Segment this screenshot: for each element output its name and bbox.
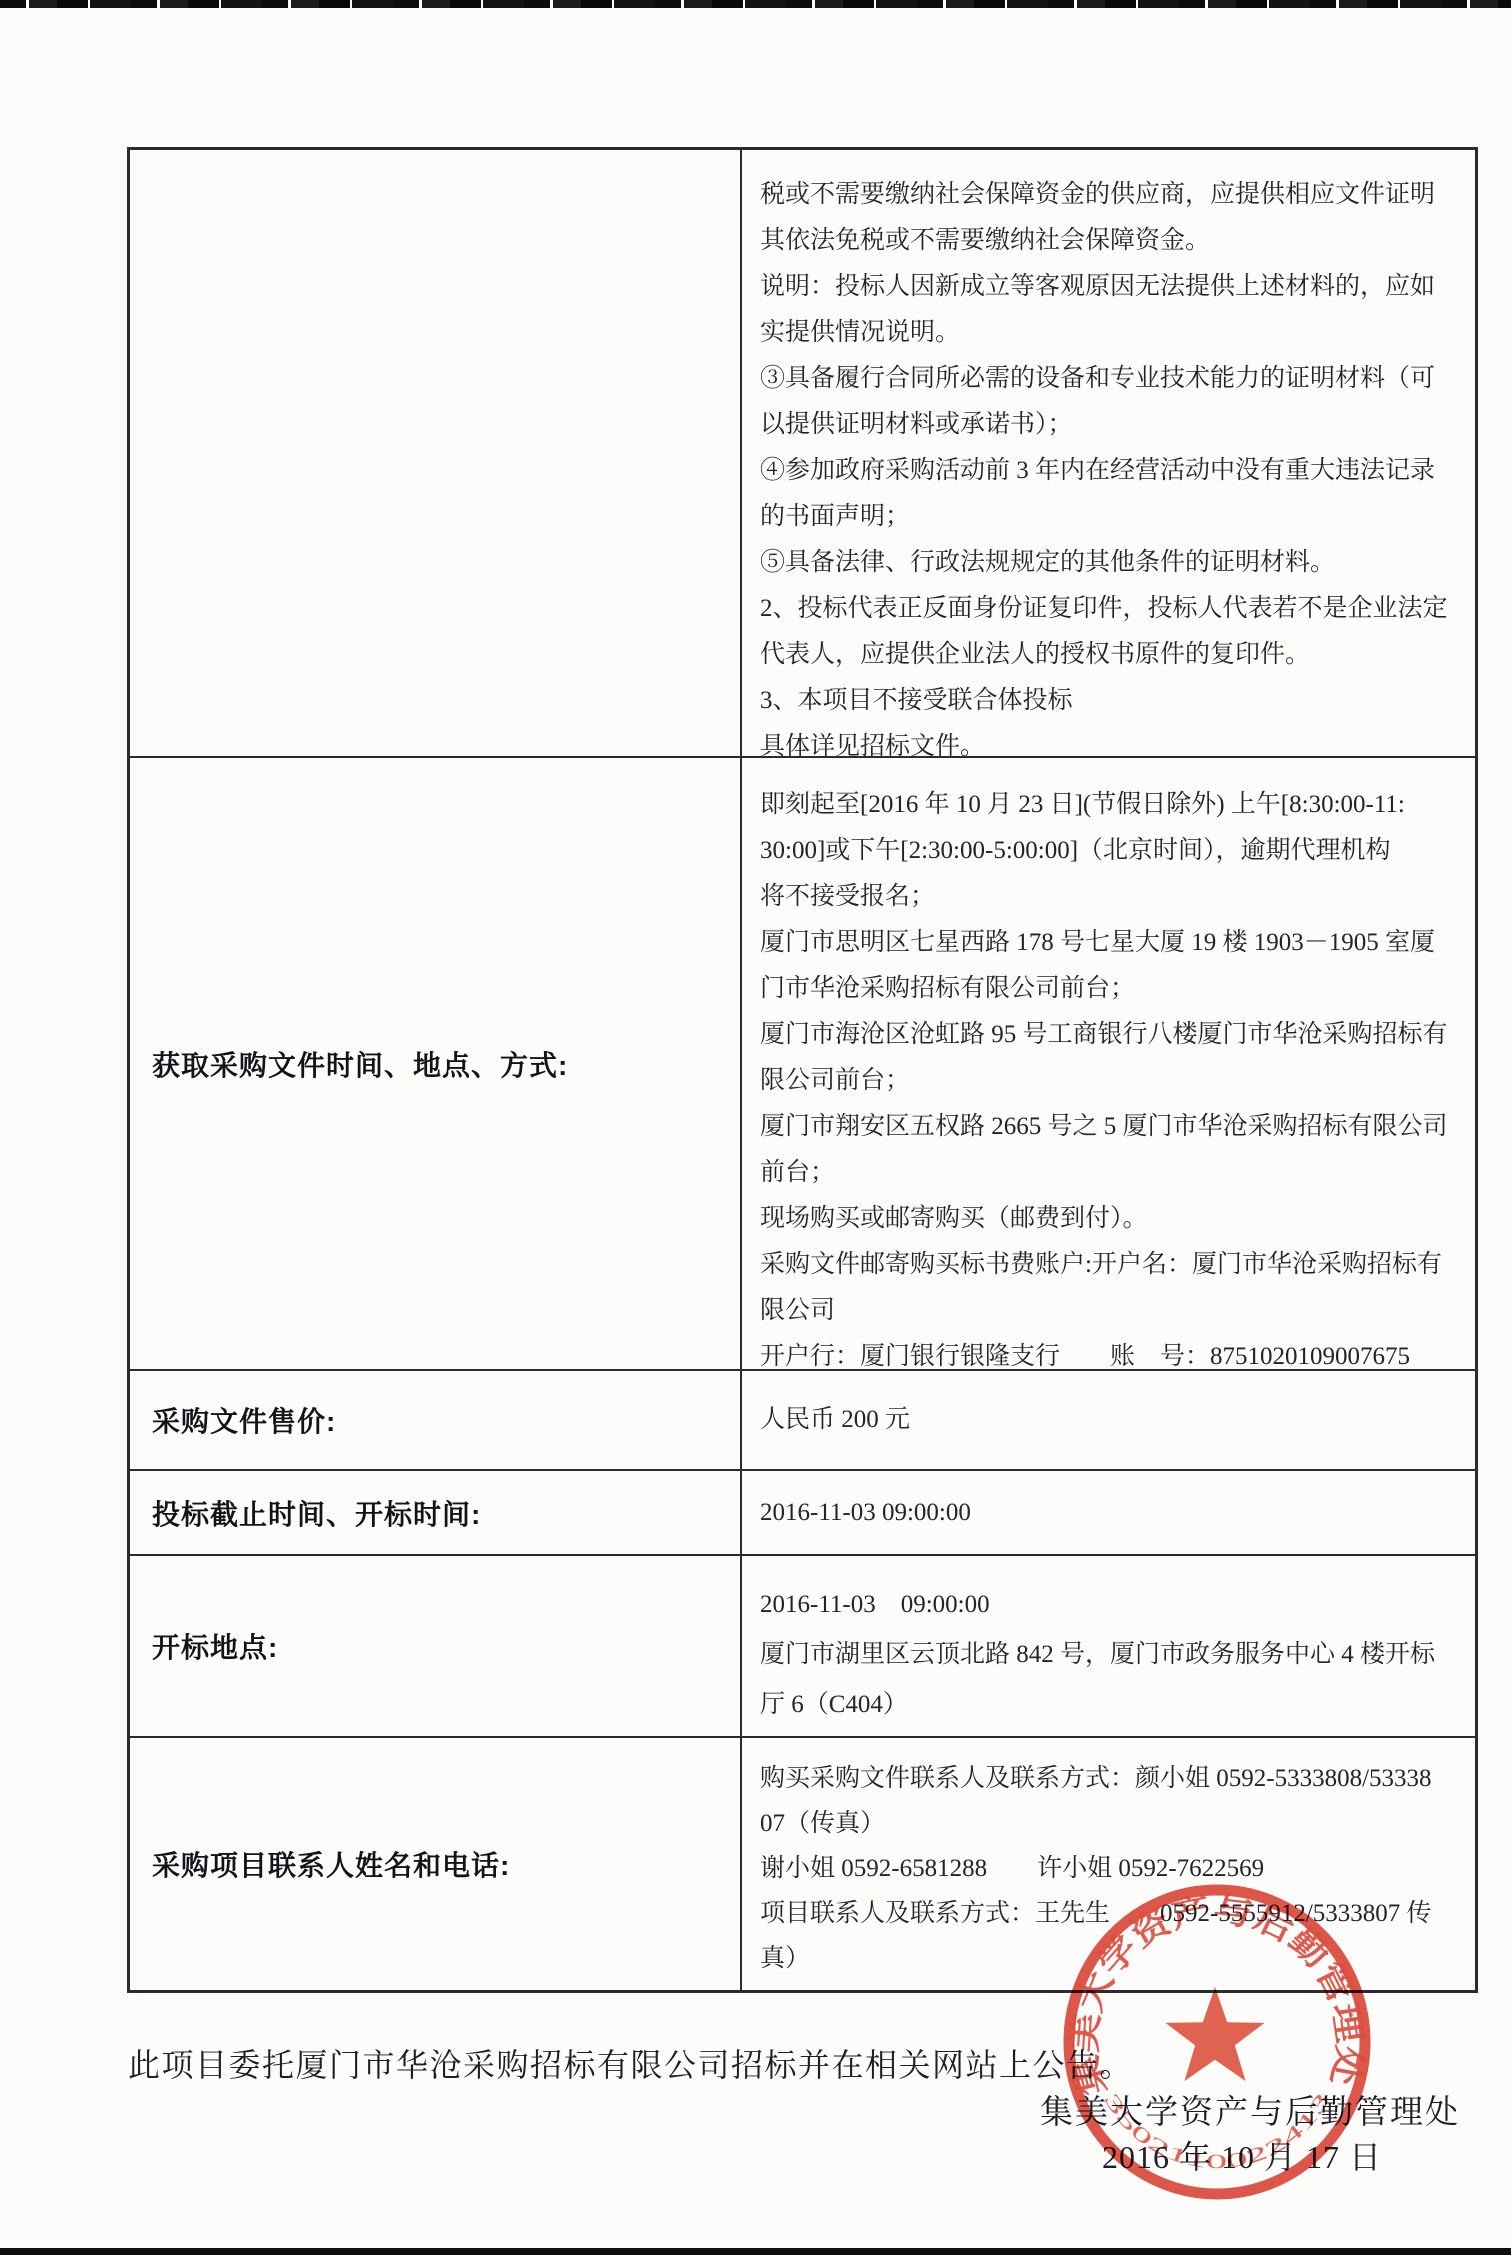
row-content-cell: 2016-11-03 09:00:00厦门市湖里区云顶北路 842 号，厦门市政… bbox=[742, 1556, 1475, 1736]
text-line: 现场购买或邮寄购买（邮费到付）。 bbox=[760, 1196, 1469, 1242]
text-line: 代表人，应提供企业法人的授权书原件的复印件。 bbox=[760, 632, 1469, 678]
text-line: 谢小姐 0592-6581288 许小姐 0592-7622569 bbox=[760, 1846, 1469, 1891]
seal-star-icon bbox=[1166, 1987, 1265, 2081]
text-line: 前台； bbox=[760, 1150, 1469, 1196]
row-content-cell: 2016-11-03 09:00:00 bbox=[742, 1471, 1475, 1554]
text-line: 门市华沧采购招标有限公司前台； bbox=[760, 966, 1469, 1012]
text-line: 具体详见招标文件。 bbox=[760, 724, 1469, 756]
text-line: 厦门市思明区七星西路 178 号七星大厦 19 楼 1903－1905 室厦 bbox=[760, 920, 1469, 966]
delegation-note: 此项目委托厦门市华沧采购招标有限公司招标并在相关网站上公告。 bbox=[128, 2040, 1133, 2086]
text-line: 采购文件邮寄购买标书费账户:开户名：厦门市华沧采购招标有 bbox=[760, 1242, 1469, 1288]
table-row-bid-deadline: 投标截止时间、开标时间: 2016-11-03 09:00:00 bbox=[130, 1471, 1475, 1556]
issuer-signature: 集美大学资产与后勤管理处 bbox=[1040, 2086, 1460, 2133]
row-label-cell: 投标截止时间、开标时间: bbox=[130, 1471, 742, 1554]
scan-artifact-bottom-edge bbox=[0, 2248, 1511, 2255]
text-line: 厦门市翔安区五权路 2665 号之 5 厦门市华沧采购招标有限公司 bbox=[760, 1104, 1469, 1150]
text-line: 限公司前台； bbox=[760, 1058, 1469, 1104]
table-row-bid-opening-location: 开标地点: 2016-11-03 09:00:00厦门市湖里区云顶北路 842 … bbox=[130, 1556, 1475, 1738]
text-line: 厦门市海沧区沧虹路 95 号工商银行八楼厦门市华沧采购招标有 bbox=[760, 1012, 1469, 1058]
row-content-cell: 购买采购文件联系人及联系方式：颜小姐 0592-5333808/5333807（… bbox=[742, 1738, 1475, 1990]
text-line: 税或不需要缴纳社会保障资金的供应商，应提供相应文件证明 bbox=[760, 172, 1469, 218]
text-line: ④参加政府采购活动前 3 年内在经营活动中没有重大违法记录 bbox=[760, 448, 1469, 494]
issue-date: 2016 年 10 月 17 日 bbox=[1102, 2132, 1382, 2178]
text-line: 其依法免税或不需要缴纳社会保障资金。 bbox=[760, 218, 1469, 264]
text-line: 将不接受报名； bbox=[760, 874, 1469, 920]
text-line: 开户行：厦门银行银隆支行 账 号：8751020109007675 bbox=[760, 1334, 1469, 1369]
scan-artifact-top-edge bbox=[0, 0, 1511, 8]
row-content-cell: 人民币 200 元 bbox=[742, 1371, 1475, 1469]
text-line: 厦门市湖里区云顶北路 842 号，厦门市政务服务中心 4 楼开标 bbox=[760, 1630, 1469, 1680]
procurement-table: 税或不需要缴纳社会保障资金的供应商，应提供相应文件证明其依法免税或不需要缴纳社会… bbox=[127, 147, 1478, 1993]
text-line: 说明：投标人因新成立等客观原因无法提供上述材料的，应如 bbox=[760, 264, 1469, 310]
row-label-cell: 采购项目联系人姓名和电话: bbox=[130, 1738, 742, 1990]
text-line: 厅 6（C404） bbox=[760, 1680, 1469, 1730]
row-label-cell bbox=[130, 150, 742, 756]
text-line: 的书面声明； bbox=[760, 494, 1469, 540]
text-line: 3、本项目不接受联合体投标 bbox=[760, 678, 1469, 724]
table-row-project-contacts: 采购项目联系人姓名和电话: 购买采购文件联系人及联系方式：颜小姐 0592-53… bbox=[130, 1738, 1475, 1990]
scanned-document-page: 税或不需要缴纳社会保障资金的供应商，应提供相应文件证明其依法免税或不需要缴纳社会… bbox=[0, 0, 1511, 2255]
text-line: ③具备履行合同所必需的设备和专业技术能力的证明材料（可 bbox=[760, 356, 1469, 402]
text-line: 即刻起至[2016 年 10 月 23 日](节假日除外) 上午[8:30:00… bbox=[760, 782, 1469, 828]
text-line: 2016-11-03 09:00:00 bbox=[760, 1499, 971, 1527]
table-row-document-acquisition: 获取采购文件时间、地点、方式: 即刻起至[2016 年 10 月 23 日](节… bbox=[130, 758, 1475, 1371]
text-line: 项目联系人及联系方式：王先生 0592-5555912/5333807 传 bbox=[760, 1891, 1469, 1936]
text-line: 购买采购文件联系人及联系方式：颜小姐 0592-5333808/53338 bbox=[760, 1756, 1469, 1801]
table-row-document-price: 采购文件售价: 人民币 200 元 bbox=[130, 1371, 1475, 1471]
text-line: 限公司 bbox=[760, 1288, 1469, 1334]
text-line: 实提供情况说明。 bbox=[760, 310, 1469, 356]
row-label-cell: 开标地点: bbox=[130, 1556, 742, 1736]
text-line: 真） bbox=[760, 1936, 1469, 1981]
text-line: 人民币 200 元 bbox=[760, 1406, 910, 1434]
text-line: 30:00]或下午[2:30:00-5:00:00]（北京时间），逾期代理机构 bbox=[760, 828, 1469, 874]
row-label-cell: 获取采购文件时间、地点、方式: bbox=[130, 758, 742, 1369]
row-content-cell: 税或不需要缴纳社会保障资金的供应商，应提供相应文件证明其依法免税或不需要缴纳社会… bbox=[742, 150, 1475, 756]
row-content-cell: 即刻起至[2016 年 10 月 23 日](节假日除外) 上午[8:30:00… bbox=[742, 758, 1475, 1369]
table-row-requirements-continued: 税或不需要缴纳社会保障资金的供应商，应提供相应文件证明其依法免税或不需要缴纳社会… bbox=[130, 150, 1475, 758]
text-line: ⑤具备法律、行政法规规定的其他条件的证明材料。 bbox=[760, 540, 1469, 586]
text-line: 以提供证明材料或承诺书）； bbox=[760, 402, 1469, 448]
text-line: 2、投标代表正反面身份证复印件，投标人代表若不是企业法定 bbox=[760, 586, 1469, 632]
text-line: 2016-11-03 09:00:00 bbox=[760, 1580, 1469, 1630]
text-line: 07（传真） bbox=[760, 1801, 1469, 1846]
row-label-cell: 采购文件售价: bbox=[130, 1371, 742, 1469]
